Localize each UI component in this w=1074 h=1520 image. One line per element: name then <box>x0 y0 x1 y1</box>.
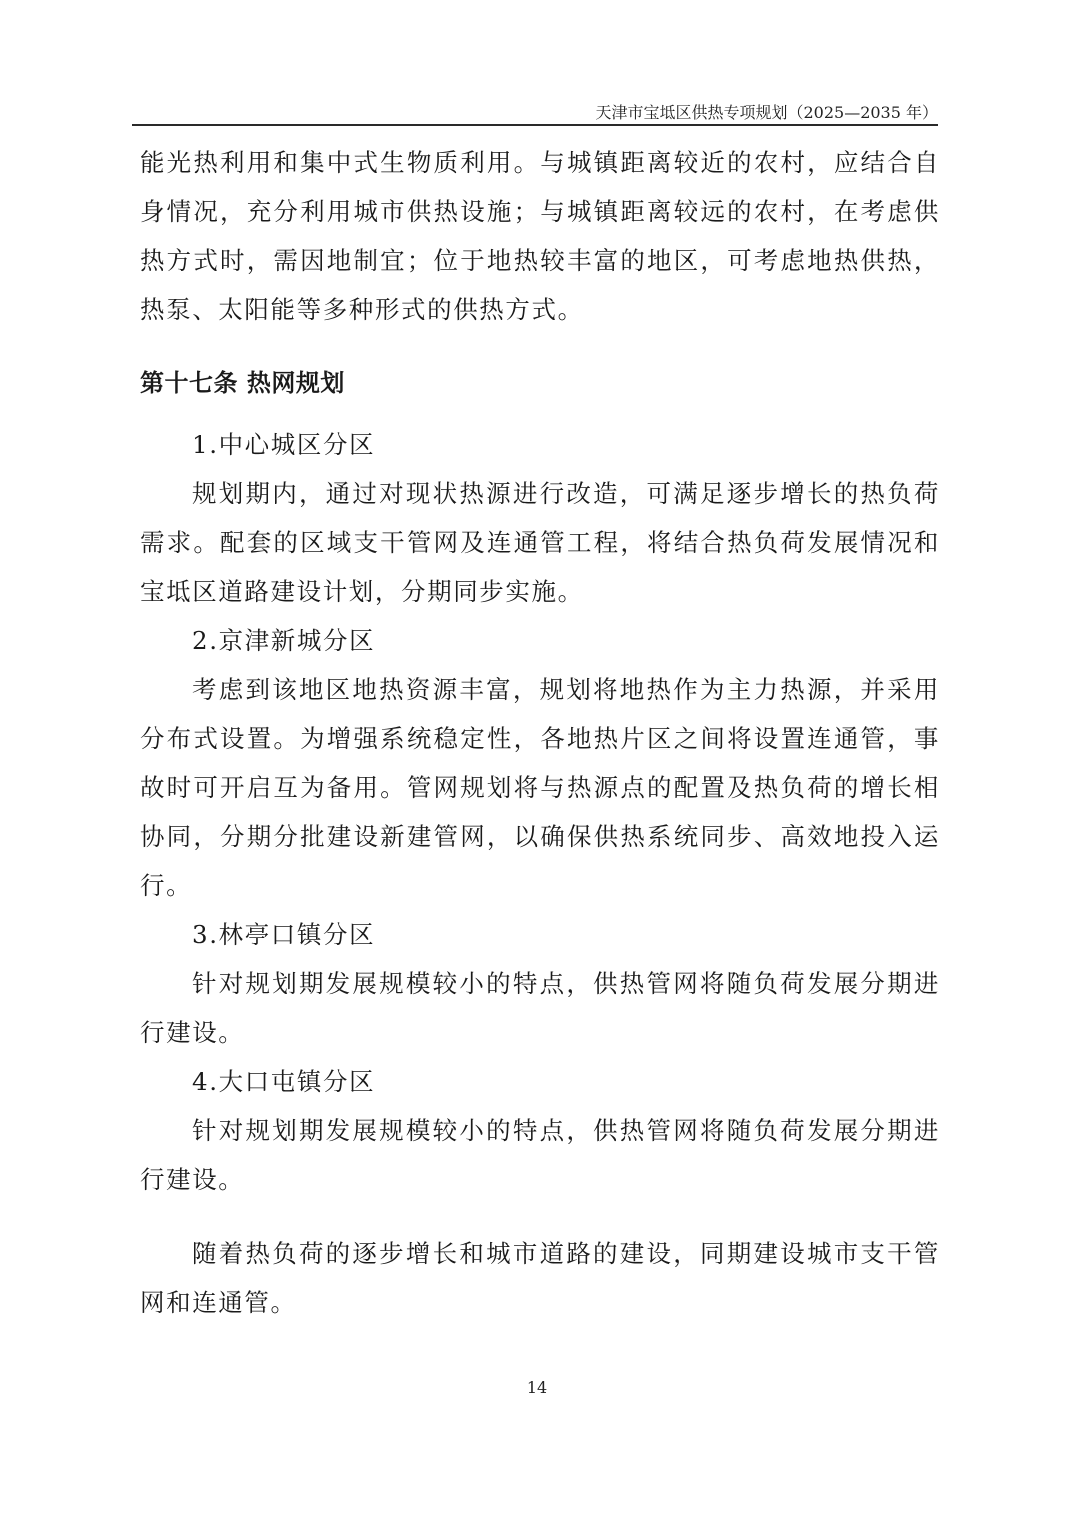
page-content: 能光热利用和集中式生物质利用。与城镇距离较近的农村，应结合自身情况，充分利用城市… <box>140 138 940 1327</box>
closing-paragraph: 随着热负荷的逐步增长和城市道路的建设，同期建设城市支干管网和连通管。 <box>140 1229 940 1327</box>
subsection-text: 针对规划期发展规模较小的特点，供热管网将随负荷发展分期进行建设。 <box>140 1106 940 1204</box>
document-title: 天津市宝坻区供热专项规划（2025—2035 年） <box>595 100 938 123</box>
subsection-2: 2.京津新城分区 考虑到该地区地热资源丰富，规划将地热作为主力热源，并采用分布式… <box>140 616 940 910</box>
spacer <box>140 408 940 420</box>
intro-paragraph: 能光热利用和集中式生物质利用。与城镇距离较近的农村，应结合自身情况，充分利用城市… <box>140 138 940 334</box>
page-header: 天津市宝坻区供热专项规划（2025—2035 年） <box>132 98 938 126</box>
subsection-1: 1.中心城区分区 规划期内，通过对现状热源进行改造，可满足逐步增长的热负荷需求。… <box>140 420 940 616</box>
spacer <box>140 1204 940 1229</box>
subsection-title: 2.京津新城分区 <box>140 616 940 665</box>
subsection-title: 1.中心城区分区 <box>140 420 940 469</box>
subsection-text: 考虑到该地区地热资源丰富，规划将地热作为主力热源，并采用分布式设置。为增强系统稳… <box>140 665 940 910</box>
subsection-title: 3.林亭口镇分区 <box>140 910 940 959</box>
subsection-title: 4.大口屯镇分区 <box>140 1057 940 1106</box>
spacer <box>140 334 940 359</box>
subsection-3: 3.林亭口镇分区 针对规划期发展规模较小的特点，供热管网将随负荷发展分期进行建设… <box>140 910 940 1057</box>
subsection-text: 规划期内，通过对现状热源进行改造，可满足逐步增长的热负荷需求。配套的区域支干管网… <box>140 469 940 616</box>
page-number: 14 <box>0 1378 1074 1397</box>
subsection-text: 针对规划期发展规模较小的特点，供热管网将随负荷发展分期进行建设。 <box>140 959 940 1057</box>
subsection-4: 4.大口屯镇分区 针对规划期发展规模较小的特点，供热管网将随负荷发展分期进行建设… <box>140 1057 940 1204</box>
section-heading: 第十七条 热网规划 <box>140 359 940 408</box>
